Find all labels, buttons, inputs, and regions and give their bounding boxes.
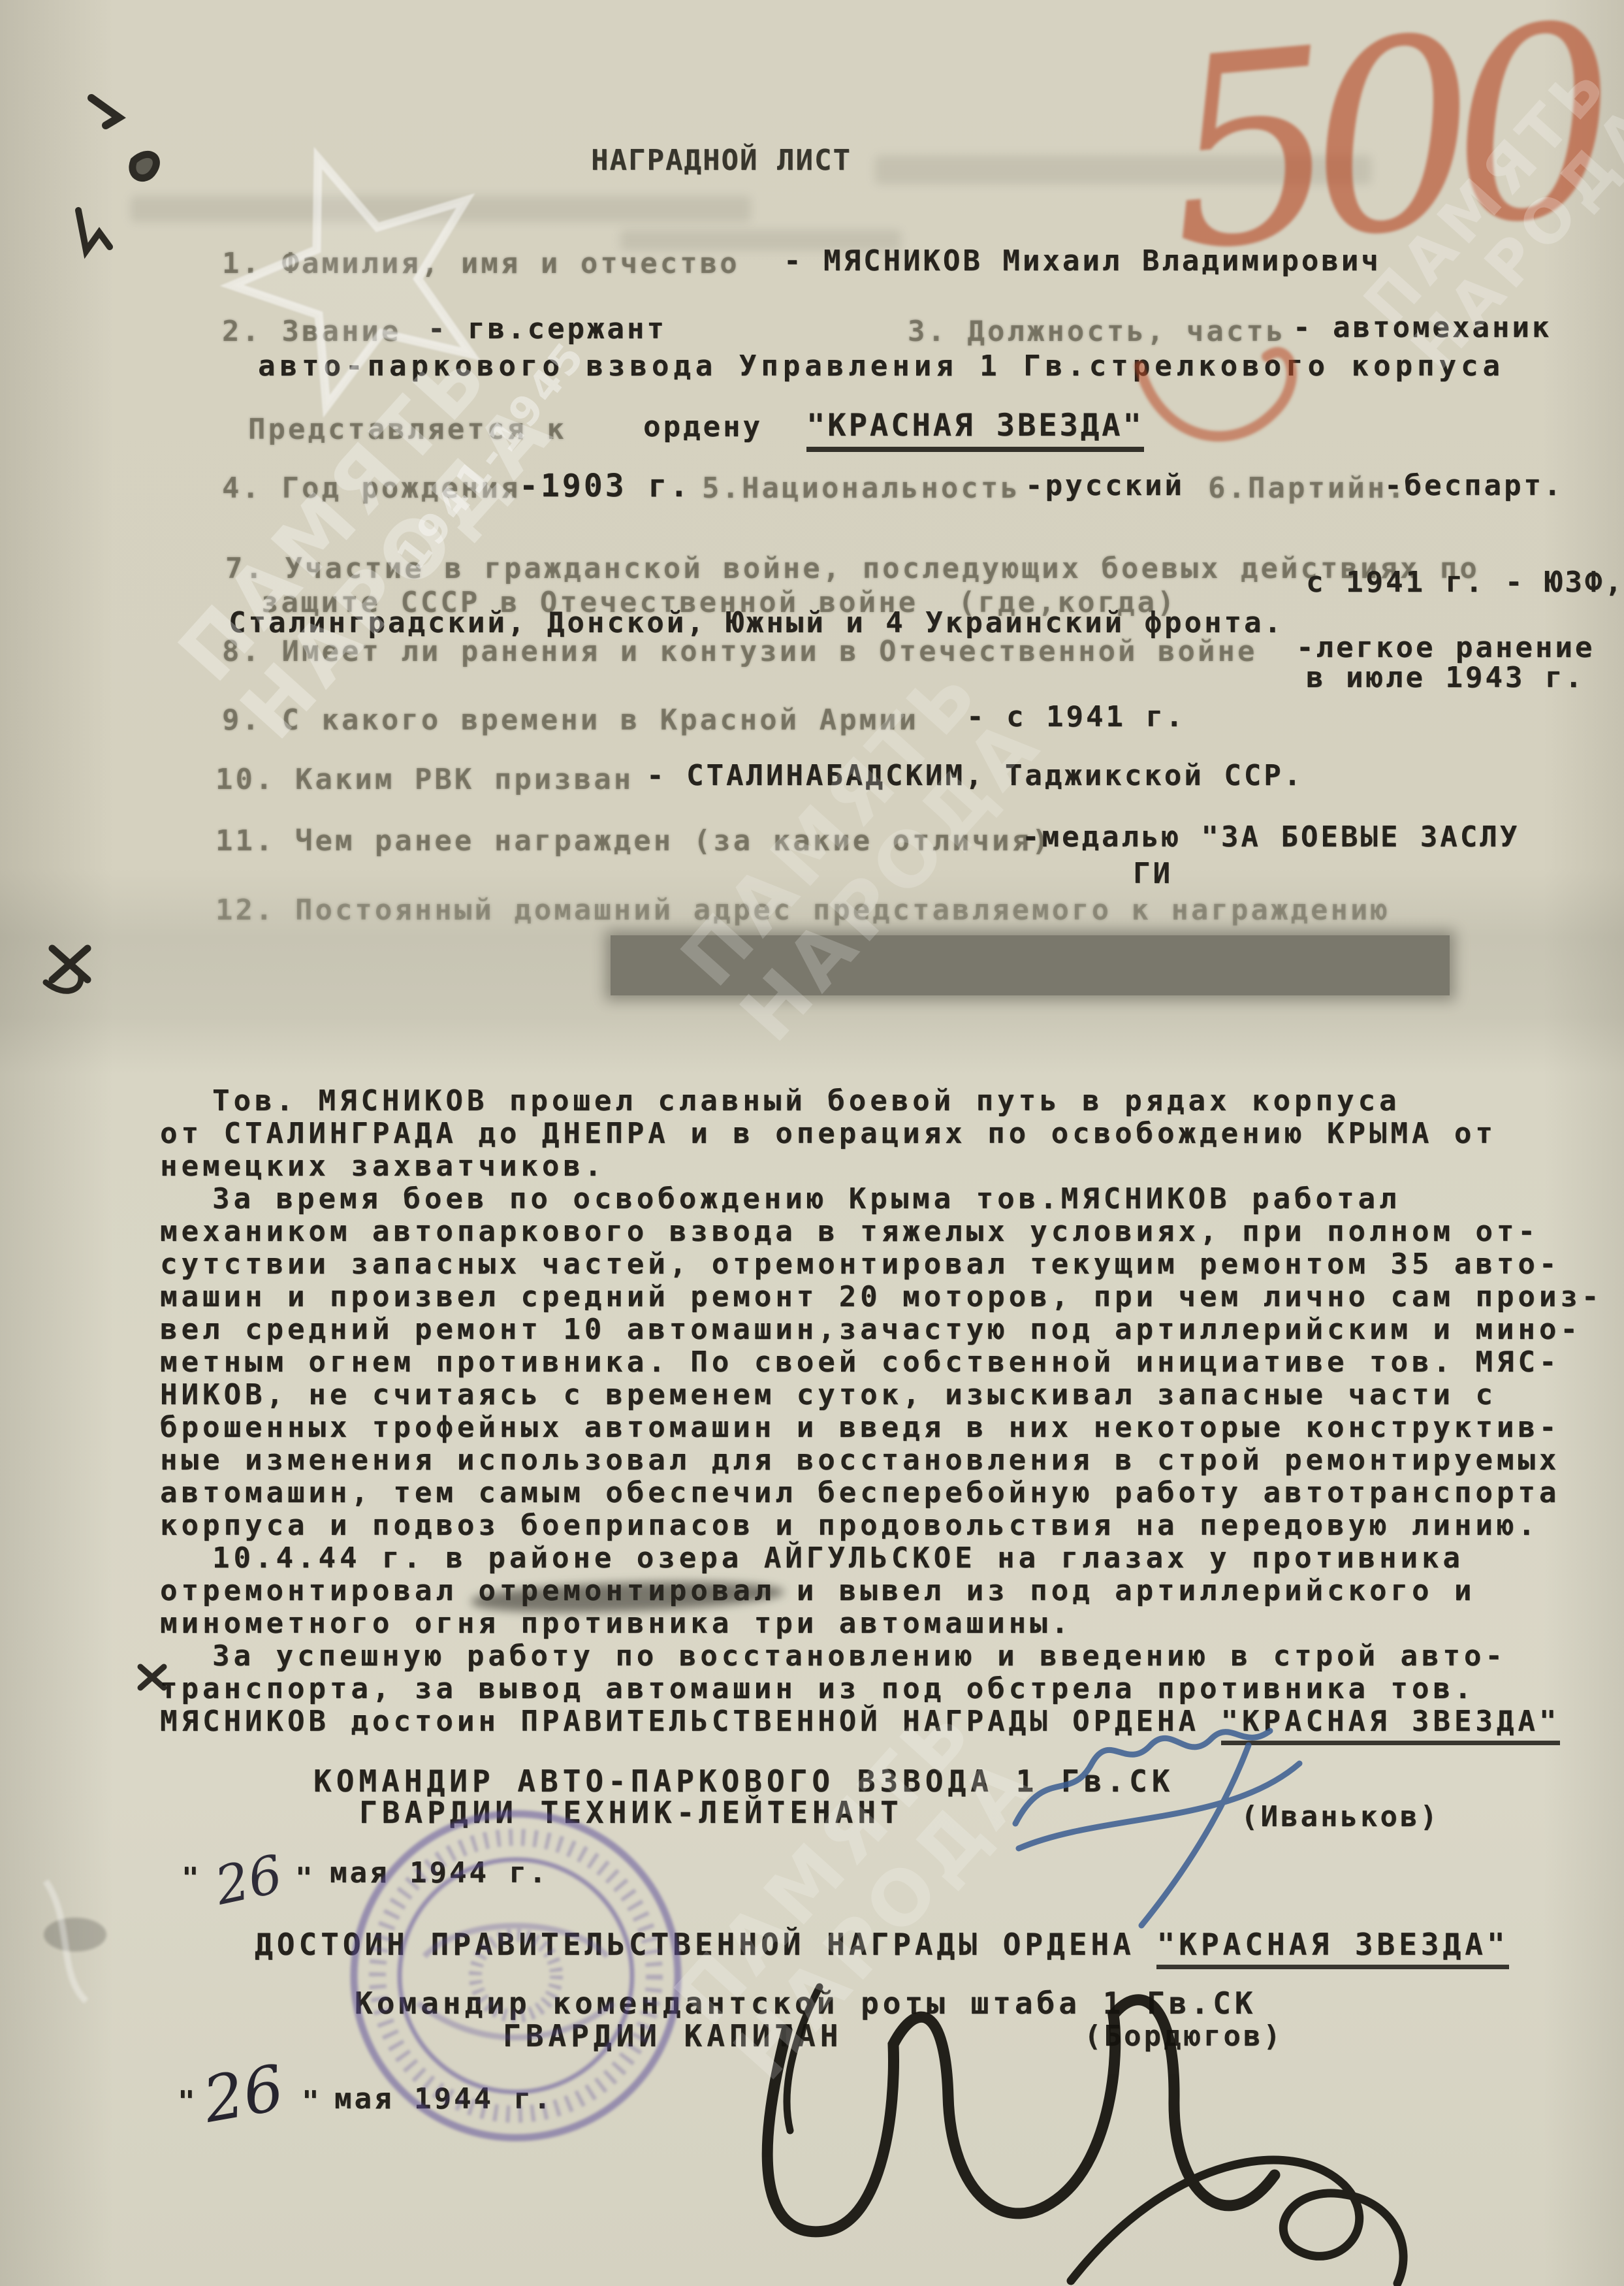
award-sheet-scan: НАГРАДНОЙ ЛИСТ 1. Фамилия, имя и отчеств…	[0, 0, 1624, 2286]
signature-ivankov	[1015, 1731, 1299, 1925]
unit-stamp	[354, 1814, 678, 2138]
red-pencil-arc	[1139, 352, 1292, 436]
ink-marks	[44, 98, 164, 1952]
signature-bordyugov	[767, 1987, 1403, 2283]
